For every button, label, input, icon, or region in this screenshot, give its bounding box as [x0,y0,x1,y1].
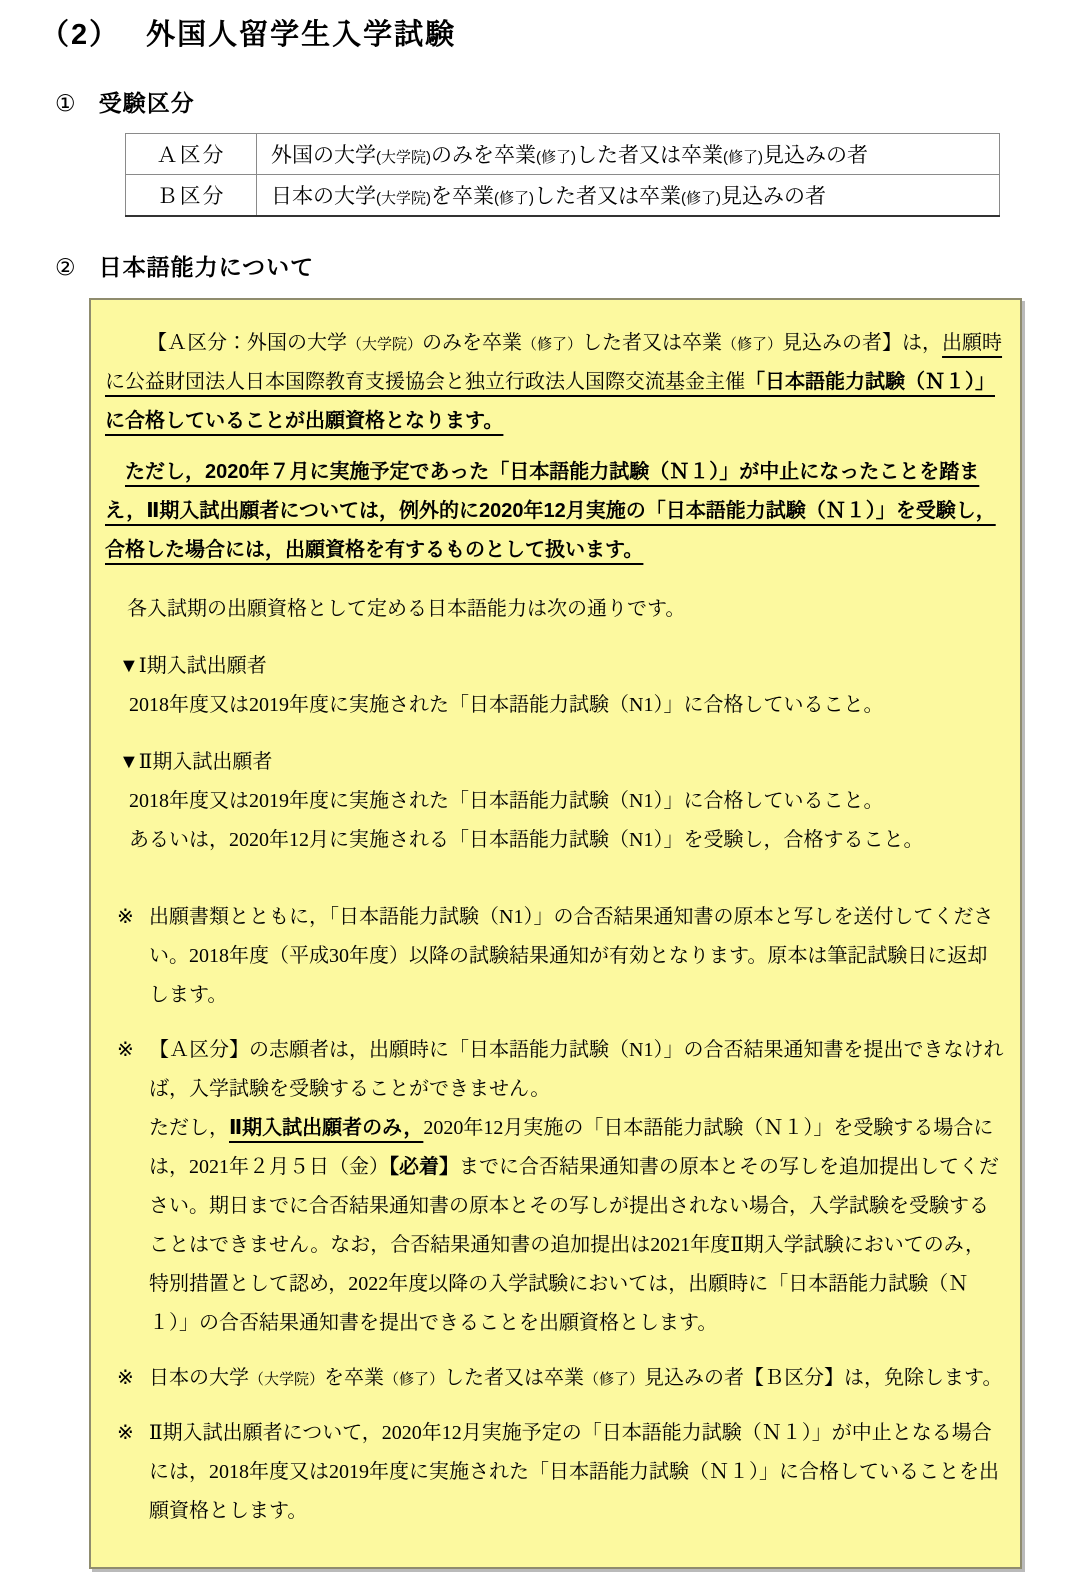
page-title-number: （2） [40,12,120,53]
period2-heading: ▼Ⅱ期入試出願者 [119,743,1004,782]
note-marker: ※ [117,1031,149,1343]
section2-heading-label: 日本語能力について [99,249,315,282]
note-documents-text: 出願書類とともに，「日本語能力試験（N1）」の合否結果通知書の原本と写しを送付し… [149,898,1004,1015]
note-category-b-text: 日本の大学（大学院）を卒業（修了）した者又は卒業（修了）見込みの者【Ｂ区分】は，… [149,1359,1004,1398]
category-b-label: Ｂ区分 [126,175,257,217]
page-title: （2） 外国人留学生入学試験 [40,12,1080,53]
paragraph-lead-in: 各入試期の出願資格として定める日本語能力は次の通りです。 [127,590,1004,629]
category-b-desc: 日本の大学(大学院)を卒業(修了)した者又は卒業(修了)見込みの者 [257,175,1000,217]
period2-block: ▼Ⅱ期入試出願者 2018年度又は2019年度に実施された「日本語能力試験（N1… [105,743,1004,860]
category-a-desc: 外国の大学(大学院)のみを卒業(修了)した者又は卒業(修了)見込みの者 [257,134,1000,175]
note-marker: ※ [117,1414,149,1531]
period2-requirement-2: あるいは，2020年12月に実施される「日本語能力試験（N1）」を受験し，合格す… [129,821,1004,860]
document-page: （2） 外国人留学生入学試験 ① 受験区分 Ａ区分 外国の大学(大学院)のみを卒… [0,0,1080,1589]
note-cancellation-fallback: ※ Ⅱ期入試出願者について，2020年12月実施予定の「日本語能力試験（Ｎ１）」… [117,1414,1004,1531]
note-cancellation-text: Ⅱ期入試出願者について，2020年12月実施予定の「日本語能力試験（Ｎ１）」が中… [149,1414,1004,1531]
paragraph-category-a-requirement: 【Ａ区分：外国の大学（大学院）のみを卒業（修了）した者又は卒業（修了）見込みの者… [105,324,1004,441]
period2-requirement-1: 2018年度又は2019年度に実施された「日本語能力試験（N1）」に合格している… [129,782,1004,821]
note-category-a-text-2: ただし，Ⅱ期入試出願者のみ，2020年12月実施の「日本語能力試験（Ｎ１）」を受… [149,1109,1004,1343]
section1-heading: ① 受験区分 [55,85,1080,118]
period1-block: ▼Ⅰ期入試出願者 2018年度又は2019年度に実施された「日本語能力試験（N1… [105,647,1004,725]
section1-circled-number: ① [55,90,77,117]
note-documents: ※ 出願書類とともに，「日本語能力試験（N1）」の合否結果通知書の原本と写しを送… [117,898,1004,1015]
page-title-text: 外国人留学生入学試験 [146,12,456,53]
section1-heading-label: 受験区分 [99,85,195,118]
note-marker: ※ [117,1359,149,1398]
section2-heading: ② 日本語能力について [55,249,1080,282]
japanese-ability-highlight-box: 【Ａ区分：外国の大学（大学院）のみを卒業（修了）した者又は卒業（修了）見込みの者… [89,298,1022,1569]
note-category-a: ※ 【Ａ区分】の志願者は，出願時に「日本語能力試験（N1）」の合否結果通知書を提… [117,1031,1004,1343]
table-row-a: Ａ区分 外国の大学(大学院)のみを卒業(修了)した者又は卒業(修了)見込みの者 [126,134,1000,175]
period1-requirement: 2018年度又は2019年度に実施された「日本語能力試験（N1）」に合格している… [129,686,1004,725]
period1-heading: ▼Ⅰ期入試出願者 [119,647,1004,686]
table-row-b: Ｂ区分 日本の大学(大学院)を卒業(修了)した者又は卒業(修了)見込みの者 [126,175,1000,217]
note-category-a-text-1: 【Ａ区分】の志願者は，出願時に「日本語能力試験（N1）」の合否結果通知書を提出で… [149,1031,1004,1109]
category-a-label: Ａ区分 [126,134,257,175]
paragraph-exception-notice: ただし，2020年７月に実施予定であった「日本語能力試験（Ｎ１）」が中止になった… [105,453,1004,570]
exam-category-table: Ａ区分 外国の大学(大学院)のみを卒業(修了)した者又は卒業(修了)見込みの者 … [125,133,1000,217]
section2-circled-number: ② [55,254,77,281]
note-category-b-exemption: ※ 日本の大学（大学院）を卒業（修了）した者又は卒業（修了）見込みの者【Ｂ区分】… [117,1359,1004,1398]
note-marker: ※ [117,898,149,1015]
